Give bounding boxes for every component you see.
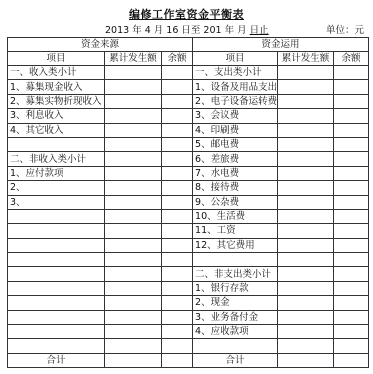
- use-balance-cell[interactable]: [334, 109, 369, 123]
- source-cumulative-cell[interactable]: [105, 209, 162, 223]
- table-row: 4、其它收入4、印刷费: [8, 123, 369, 137]
- source-balance-cell[interactable]: [162, 123, 193, 137]
- title-text: 编修工作室资金平衡表: [129, 8, 244, 21]
- col-header-item-left: 项目: [8, 52, 105, 66]
- use-balance-cell[interactable]: [334, 80, 369, 94]
- use-item-cell: 7、水电费: [193, 166, 278, 180]
- source-balance-cell[interactable]: [162, 80, 193, 94]
- use-item-cell: 3、会议费: [193, 109, 278, 123]
- source-cumulative-cell[interactable]: [105, 281, 162, 295]
- use-cumulative-cell[interactable]: [278, 166, 334, 180]
- use-cumulative-cell[interactable]: [278, 281, 334, 295]
- source-balance-cell[interactable]: [162, 281, 193, 295]
- use-item-cell: 4、应收款项: [193, 325, 278, 339]
- use-cumulative-cell[interactable]: [278, 296, 334, 310]
- source-cumulative-cell[interactable]: [105, 66, 162, 80]
- use-cumulative-cell[interactable]: [278, 94, 334, 108]
- use-balance-cell[interactable]: [334, 166, 369, 180]
- source-balance-cell[interactable]: [162, 166, 193, 180]
- date-range: 2013 年 4 月 16 日至 201 年 月 日止: [105, 22, 269, 36]
- col-header-cumulative-right: 累计发生额: [278, 52, 334, 66]
- use-cumulative-cell[interactable]: [278, 195, 334, 209]
- table-row: 10、生活费: [8, 209, 369, 223]
- table-row: 11、工资: [8, 224, 369, 238]
- source-cumulative-cell[interactable]: [105, 137, 162, 151]
- use-total-cumulative[interactable]: [278, 353, 334, 367]
- table-row: 一、收入类小计一、支出类小计: [8, 66, 369, 80]
- use-balance-cell[interactable]: [334, 66, 369, 80]
- source-cumulative-cell[interactable]: [105, 94, 162, 108]
- source-cumulative-cell[interactable]: [105, 238, 162, 252]
- use-item-cell: 9、公杂费: [193, 195, 278, 209]
- source-item-cell: [8, 209, 105, 223]
- source-cumulative-cell[interactable]: [105, 253, 162, 267]
- total-row: 合计合计: [8, 353, 369, 367]
- source-item-cell: [8, 267, 105, 281]
- date-range-prefix: 2013 年 4 月 16 日至 201 年 月: [105, 25, 250, 36]
- unit-label: 单位：元: [326, 22, 364, 36]
- source-balance-cell[interactable]: [162, 152, 193, 166]
- table-row: 1、应付款项7、水电费: [8, 166, 369, 180]
- use-total-label: 合计: [193, 353, 278, 367]
- column-header-row: 项目 累计发生额 余额 项目 累计发生额 余额: [8, 52, 369, 66]
- table-row: 2、募集实物折现收入2、电子设备运转费: [8, 94, 369, 108]
- use-item-cell: 6、差旅费: [193, 152, 278, 166]
- section-header-row: 资金来源 资金运用: [8, 38, 369, 52]
- document-title: 编修工作室资金平衡表: [0, 6, 373, 22]
- source-balance-cell[interactable]: [162, 238, 193, 252]
- source-balance-cell[interactable]: [162, 66, 193, 80]
- source-item-cell: 二、非收入类小计: [8, 152, 105, 166]
- table-row: 2、现金: [8, 296, 369, 310]
- source-item-cell: 3、利息收入: [8, 109, 105, 123]
- balance-table: 资金来源 资金运用 项目 累计发生额 余额 项目 累计发生额 余额 一、收入类小…: [7, 37, 369, 368]
- source-item-cell: 4、其它收入: [8, 123, 105, 137]
- source-item-cell: [8, 339, 105, 353]
- use-cumulative-cell[interactable]: [278, 123, 334, 137]
- use-cumulative-cell[interactable]: [278, 253, 334, 267]
- section-use: 资金运用: [193, 38, 369, 52]
- use-item-cell: 3、业务备付金: [193, 310, 278, 324]
- use-balance-cell[interactable]: [334, 152, 369, 166]
- col-header-balance-right: 余额: [334, 52, 369, 66]
- use-balance-cell[interactable]: [334, 339, 369, 353]
- use-item-cell: 8、接待费: [193, 181, 278, 195]
- date-range-suffix: 日止: [250, 25, 269, 36]
- use-total-balance[interactable]: [334, 353, 369, 367]
- source-cumulative-cell[interactable]: [105, 310, 162, 324]
- source-item-cell: [8, 281, 105, 295]
- source-cumulative-cell[interactable]: [105, 109, 162, 123]
- table-row: 1、银行存款: [8, 281, 369, 295]
- use-item-cell: 1、银行存款: [193, 281, 278, 295]
- use-item-cell: 12、其它费用: [193, 238, 278, 252]
- table-row: 3、9、公杂费: [8, 195, 369, 209]
- use-balance-cell[interactable]: [334, 296, 369, 310]
- source-item-cell: [8, 296, 105, 310]
- use-cumulative-cell[interactable]: [278, 238, 334, 252]
- use-item-cell: [193, 253, 278, 267]
- use-item-cell: 4、印刷费: [193, 123, 278, 137]
- use-balance-cell[interactable]: [334, 325, 369, 339]
- source-balance-cell[interactable]: [162, 181, 193, 195]
- use-cumulative-cell[interactable]: [278, 109, 334, 123]
- source-balance-cell[interactable]: [162, 94, 193, 108]
- table-row: 5、邮电费: [8, 137, 369, 151]
- table-row: 二、非收入类小计6、差旅费: [8, 152, 369, 166]
- source-item-cell: 1、募集现金收入: [8, 80, 105, 94]
- source-total-cumulative[interactable]: [105, 353, 162, 367]
- source-cumulative-cell[interactable]: [105, 195, 162, 209]
- source-cumulative-cell[interactable]: [105, 224, 162, 238]
- use-item-cell: [193, 339, 278, 353]
- col-header-item-right: 项目: [193, 52, 278, 66]
- use-item-cell: 10、生活费: [193, 209, 278, 223]
- use-balance-cell[interactable]: [334, 94, 369, 108]
- use-cumulative-cell[interactable]: [278, 137, 334, 151]
- use-item-cell: 1、设备及用品支出: [193, 80, 278, 94]
- source-item-cell: [8, 325, 105, 339]
- source-item-cell: 1、应付款项: [8, 166, 105, 180]
- source-total-label: 合计: [8, 353, 105, 367]
- source-cumulative-cell[interactable]: [105, 181, 162, 195]
- source-item-cell: 一、收入类小计: [8, 66, 105, 80]
- source-balance-cell[interactable]: [162, 109, 193, 123]
- table-row: [8, 339, 369, 353]
- use-item-cell: 二、非支出类小计: [193, 267, 278, 281]
- source-cumulative-cell[interactable]: [105, 80, 162, 94]
- use-cumulative-cell[interactable]: [278, 80, 334, 94]
- source-cumulative-cell[interactable]: [105, 325, 162, 339]
- source-balance-cell[interactable]: [162, 310, 193, 324]
- source-balance-cell[interactable]: [162, 253, 193, 267]
- source-balance-cell[interactable]: [162, 267, 193, 281]
- col-header-cumulative-left: 累计发生额: [105, 52, 162, 66]
- use-item-cell: 2、现金: [193, 296, 278, 310]
- use-item-cell: 一、支出类小计: [193, 66, 278, 80]
- source-balance-cell[interactable]: [162, 339, 193, 353]
- section-source: 资金来源: [8, 38, 193, 52]
- table-row: 12、其它费用: [8, 238, 369, 252]
- use-cumulative-cell[interactable]: [278, 152, 334, 166]
- source-balance-cell[interactable]: [162, 224, 193, 238]
- use-cumulative-cell[interactable]: [278, 325, 334, 339]
- use-balance-cell[interactable]: [334, 281, 369, 295]
- source-cumulative-cell[interactable]: [105, 267, 162, 281]
- table-row: 1、募集现金收入1、设备及用品支出: [8, 80, 369, 94]
- source-cumulative-cell[interactable]: [105, 166, 162, 180]
- use-balance-cell[interactable]: [334, 238, 369, 252]
- source-total-balance[interactable]: [162, 353, 193, 367]
- source-item-cell: [8, 137, 105, 151]
- use-cumulative-cell[interactable]: [278, 209, 334, 223]
- table-row: 二、非支出类小计: [8, 267, 369, 281]
- source-balance-cell[interactable]: [162, 137, 193, 151]
- use-item-cell: 5、邮电费: [193, 137, 278, 151]
- table-row: 2、8、接待费: [8, 181, 369, 195]
- source-cumulative-cell[interactable]: [105, 296, 162, 310]
- source-item-cell: [8, 224, 105, 238]
- table-row: [8, 253, 369, 267]
- use-balance-cell[interactable]: [334, 137, 369, 151]
- source-item-cell: 2、募集实物折现收入: [8, 94, 105, 108]
- table-row: 3、业务备付金: [8, 310, 369, 324]
- source-item-cell: [8, 253, 105, 267]
- source-item-cell: [8, 310, 105, 324]
- use-cumulative-cell[interactable]: [278, 339, 334, 353]
- source-balance-cell[interactable]: [162, 209, 193, 223]
- table-row: 4、应收款项: [8, 325, 369, 339]
- source-item-cell: 2、: [8, 181, 105, 195]
- use-balance-cell[interactable]: [334, 181, 369, 195]
- source-balance-cell[interactable]: [162, 195, 193, 209]
- source-balance-cell[interactable]: [162, 296, 193, 310]
- use-cumulative-cell[interactable]: [278, 66, 334, 80]
- use-balance-cell[interactable]: [334, 123, 369, 137]
- col-header-balance-left: 余额: [162, 52, 193, 66]
- source-cumulative-cell[interactable]: [105, 123, 162, 137]
- use-balance-cell[interactable]: [334, 267, 369, 281]
- use-cumulative-cell[interactable]: [278, 310, 334, 324]
- use-balance-cell[interactable]: [334, 310, 369, 324]
- use-cumulative-cell[interactable]: [278, 267, 334, 281]
- table-row: 3、利息收入3、会议费: [8, 109, 369, 123]
- use-balance-cell[interactable]: [334, 209, 369, 223]
- use-item-cell: 2、电子设备运转费: [193, 94, 278, 108]
- source-item-cell: [8, 238, 105, 252]
- source-cumulative-cell[interactable]: [105, 339, 162, 353]
- use-balance-cell[interactable]: [334, 195, 369, 209]
- use-balance-cell[interactable]: [334, 253, 369, 267]
- source-item-cell: 3、: [8, 195, 105, 209]
- source-balance-cell[interactable]: [162, 325, 193, 339]
- use-cumulative-cell[interactable]: [278, 224, 334, 238]
- source-cumulative-cell[interactable]: [105, 152, 162, 166]
- use-balance-cell[interactable]: [334, 224, 369, 238]
- use-cumulative-cell[interactable]: [278, 181, 334, 195]
- use-item-cell: 11、工资: [193, 224, 278, 238]
